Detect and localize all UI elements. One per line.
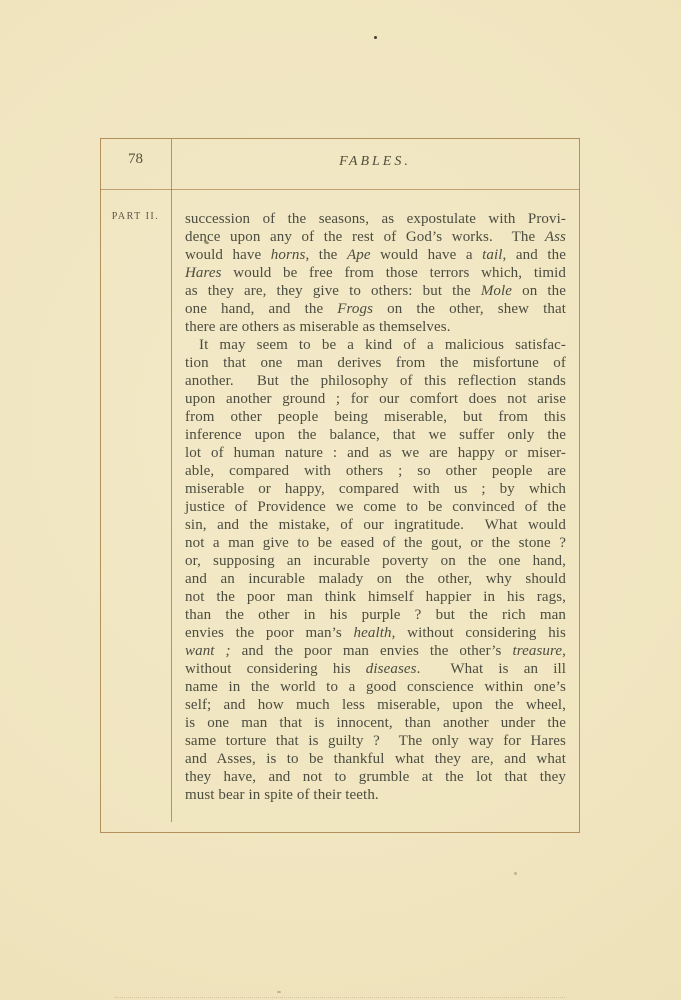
- text-line: and Asses, is to be thankful what they a…: [185, 750, 566, 768]
- text-line: envies the poor man’s health, without co…: [185, 624, 566, 642]
- text-line: able, compared with others ; so other pe…: [185, 462, 566, 480]
- ink-speck: [514, 872, 517, 875]
- text-line: or, supposing an incurable poverty on th…: [185, 552, 566, 570]
- book-page-scan: { "page": { "number": "78", "running_tit…: [0, 0, 681, 1000]
- text-line: would have horns, the Ape would have a t…: [185, 246, 566, 264]
- text-line: another. But the philosophy of this refl…: [185, 372, 566, 390]
- margin-divider-rule: [171, 139, 172, 822]
- ink-speck: [374, 36, 377, 39]
- text-line: want ; and the poor man envies the other…: [185, 642, 566, 660]
- text-line: justice of Providence we come to be conv…: [185, 498, 566, 516]
- text-line: is one man that is innocent, than anothe…: [185, 714, 566, 732]
- text-line: succession of the seasons, as expostulat…: [185, 210, 566, 228]
- header-divider-rule: [100, 189, 580, 190]
- text-line: they have, and not to grumble at the lot…: [185, 768, 566, 786]
- running-title: FABLES.: [171, 154, 579, 170]
- text-line: Hares would be free from those terrors w…: [185, 264, 566, 282]
- text-line: as they are, they give to others: but th…: [185, 282, 566, 300]
- text-line: sin, and the mistake, of our ingratitude…: [185, 516, 566, 534]
- text-line: miserable or happy, compared with us ; b…: [185, 480, 566, 498]
- ink-speck: [277, 991, 281, 993]
- part-label: PART II.: [100, 211, 171, 222]
- text-line: must bear in spite of their teeth.: [185, 786, 566, 804]
- text-line: self; and how much less miserable, upon …: [185, 696, 566, 714]
- scan-edge-dotted-line: [115, 997, 565, 998]
- text-line: not a man give to be eased of the gout, …: [185, 534, 566, 552]
- text-line: inference upon the balance, that we suff…: [185, 426, 566, 444]
- page-number: 78: [100, 151, 171, 168]
- text-line: upon another ground ; for our comfort do…: [185, 390, 566, 408]
- text-line: It may seem to be a kind of a malicious …: [185, 336, 566, 354]
- text-line: and an incurable malady on the other, wh…: [185, 570, 566, 588]
- text-line: dence upon any of the rest of God’s work…: [185, 228, 566, 246]
- text-line: one hand, and the Frogs on the other, sh…: [185, 300, 566, 318]
- text-line: tion that one man derives from the misfo…: [185, 354, 566, 372]
- text-line: without considering his diseases. What i…: [185, 660, 566, 678]
- body-text: succession of the seasons, as expostulat…: [185, 210, 566, 804]
- text-line: name in the world to a good conscience w…: [185, 678, 566, 696]
- text-line: than the other in his purple ? but the r…: [185, 606, 566, 624]
- text-line: from other people being miserable, but f…: [185, 408, 566, 426]
- text-line: lot of human nature : and as we are happ…: [185, 444, 566, 462]
- text-line: same torture that is guilty ? The only w…: [185, 732, 566, 750]
- text-line: not the poor man think himself happier i…: [185, 588, 566, 606]
- text-line: there are others as miserable as themsel…: [185, 318, 566, 336]
